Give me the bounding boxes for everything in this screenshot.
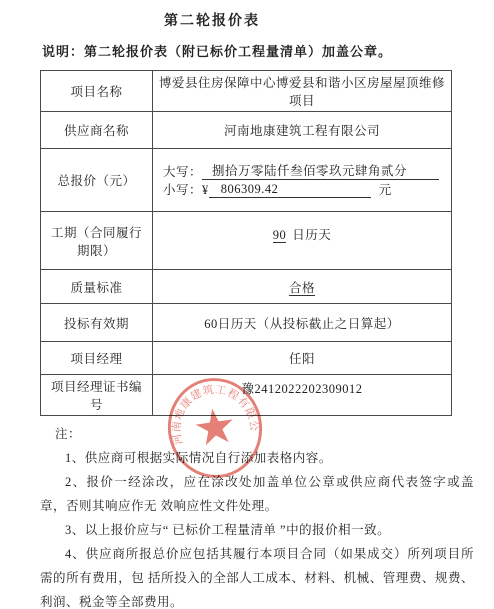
note-item-1: 1、供应商可根据实际情况自行添加表格内容。 — [40, 446, 474, 470]
project-name-value: 博爱县住房保障中心博爱县和谐小区房屋屋顶维修项目 — [153, 71, 452, 112]
lowercase-amount: 806309.42 — [209, 182, 371, 198]
duration-value: 90日历天 — [153, 212, 452, 270]
row-label: 投标有效期 — [41, 304, 153, 342]
supplier-name-value: 河南地康建筑工程有限公司 — [153, 112, 452, 149]
row-label: 项目经理证书编号 — [41, 375, 153, 416]
notes-heading: 注： — [40, 422, 474, 446]
project-manager-value: 任阳 — [153, 342, 452, 375]
row-label: 总报价（元） — [41, 149, 153, 212]
row-total-price: 总报价（元） 大写： 捌拾万零陆仟叁佰零玖元肆角贰分 小写：¥ 806309.4… — [41, 149, 452, 212]
row-project-name: 项目名称 博爱县住房保障中心博爱县和谐小区房屋屋顶维修项目 — [41, 71, 452, 112]
uppercase-amount: 捌拾万零陆仟叁佰零玖元肆角贰分 — [202, 161, 439, 180]
row-supplier-name: 供应商名称 河南地康建筑工程有限公司 — [41, 112, 452, 149]
bid-validity-value: 60日历天（从投标截止之日算起） — [153, 304, 452, 342]
currency-unit: 元 — [379, 180, 392, 198]
uppercase-label: 大写： — [163, 162, 202, 180]
total-price-value: 大写： 捌拾万零陆仟叁佰零玖元肆角贰分 小写：¥ 806309.42 元 — [153, 149, 452, 212]
row-quality-standard: 质量标准 合格 — [41, 270, 452, 304]
quality-standard-text: 合格 — [289, 281, 315, 296]
quality-standard-value: 合格 — [153, 270, 452, 304]
row-label: 项目名称 — [41, 71, 153, 112]
row-label: 项目经理 — [41, 342, 153, 375]
row-project-manager: 项目经理 任阳 — [41, 342, 452, 375]
duration-number: 90 — [273, 228, 287, 243]
note-item-2: 2、报价一经涂改，应在涂改处加盖单位公章或供应商代表签字或盖章，否则其响应作无 … — [40, 470, 474, 518]
row-label: 工期（合同履行期限） — [41, 212, 153, 270]
certificate-number-value: 豫2412022202309012 — [153, 375, 452, 416]
notes-section: 注： 1、供应商可根据实际情况自行添加表格内容。 2、报价一经涂改，应在涂改处加… — [40, 422, 474, 609]
duration-unit: 日历天 — [292, 228, 331, 242]
price-lowercase-line: 小写：¥ 806309.42 元 — [163, 180, 443, 198]
document-page: 第二轮报价表 说明：第二轮报价表（附已标价工程量清单）加盖公章。 项目名称 博爱… — [0, 0, 494, 609]
quotation-table: 项目名称 博爱县住房保障中心博爱县和谐小区房屋屋顶维修项目 供应商名称 河南地康… — [40, 70, 452, 416]
row-bid-validity: 投标有效期 60日历天（从投标截止之日算起） — [41, 304, 452, 342]
row-label: 质量标准 — [41, 270, 153, 304]
description-line: 说明：第二轮报价表（附已标价工程量清单）加盖公章。 — [42, 44, 494, 59]
lowercase-label: 小写：¥ — [163, 180, 209, 198]
row-certificate-number: 项目经理证书编号 豫2412022202309012 — [41, 375, 452, 416]
note-item-4: 4、供应商所报总价应包括其履行本项目合同（如果成交）所列项目所需的所有费用，包 … — [40, 542, 474, 609]
price-uppercase-line: 大写： 捌拾万零陆仟叁佰零玖元肆角贰分 — [163, 161, 443, 180]
row-duration: 工期（合同履行期限） 90日历天 — [41, 212, 452, 270]
row-label: 供应商名称 — [41, 112, 153, 149]
page-title: 第二轮报价表 — [40, 14, 452, 30]
note-item-3: 3、以上报价应与“ 已标价工程量清单 ”中的报价相一致。 — [40, 518, 474, 542]
